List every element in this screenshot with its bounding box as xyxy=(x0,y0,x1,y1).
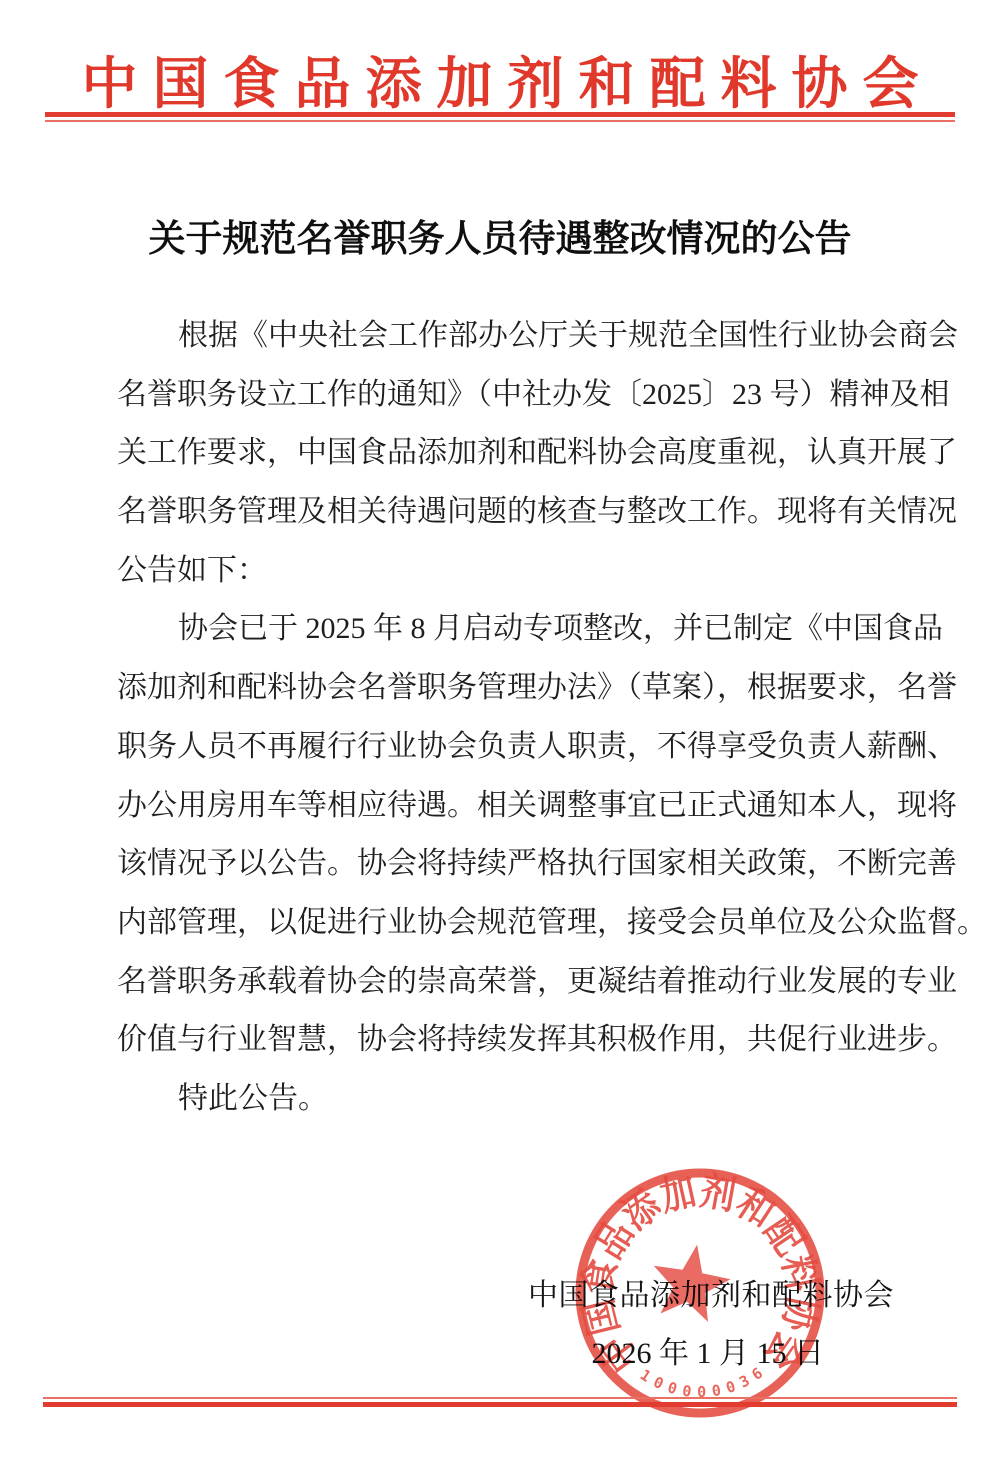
body-line: 职务人员不再履行行业协会负责人职责，不得享受负责人薪酬、 xyxy=(117,718,913,777)
header-rule-thick xyxy=(45,112,955,117)
body-line: 添加剂和配料协会名誉职务管理办法》（草案），根据要求，名誉 xyxy=(117,659,913,718)
body-line: 关工作要求，中国食品添加剂和配料协会高度重视，认真开展了 xyxy=(117,424,913,483)
body-line: 名誉职务承载着协会的崇高荣誉，更凝结着推动行业发展的专业 xyxy=(117,953,913,1012)
body-line: 办公用房用车等相应待遇。相关调整事宜已正式通知本人，现将 xyxy=(117,777,913,836)
body-line: 名誉职务管理及相关待遇问题的核查与整改工作。现将有关情况 xyxy=(117,483,913,542)
body-line: 价值与行业智慧，协会将持续发挥其积极作用，共促行业进步。 xyxy=(117,1011,913,1070)
body-line: 根据《中央社会工作部办公厅关于规范全国性行业协会商会 xyxy=(117,307,913,366)
document-body: 根据《中央社会工作部办公厅关于规范全国性行业协会商会 名誉职务设立工作的通知》（… xyxy=(117,307,913,1129)
body-line: 协会已于 2025 年 8 月启动专项整改，并已制定《中国食品 xyxy=(117,600,913,659)
body-line-closing: 特此公告。 xyxy=(117,1070,913,1129)
footer-rule-thick xyxy=(43,1402,957,1407)
seal-star-icon xyxy=(654,1245,731,1322)
announcement-document: 中国食品添加剂和配料协会 关于规范名誉职务人员待遇整改情况的公告 根据《中央社会… xyxy=(0,0,1000,1457)
footer-rule-thin xyxy=(43,1397,957,1399)
page-title: 关于规范名誉职务人员待遇整改情况的公告 xyxy=(0,208,1000,262)
body-line: 内部管理，以促进行业协会规范管理，接受会员单位及公众监督。 xyxy=(117,894,913,953)
official-seal: 中国食品添加剂和配料协会 100000036736 xyxy=(567,1160,833,1426)
letterhead-org-name: 中国食品添加剂和配料协会 xyxy=(0,40,1000,120)
body-line: 名誉职务设立工作的通知》（中社办发〔2025〕23 号）精神及相 xyxy=(117,366,913,425)
header-rule-thin xyxy=(45,120,955,122)
body-line: 公告如下： xyxy=(117,542,913,601)
body-line: 该情况予以公告。协会将持续严格执行国家相关政策，不断完善 xyxy=(117,835,913,894)
